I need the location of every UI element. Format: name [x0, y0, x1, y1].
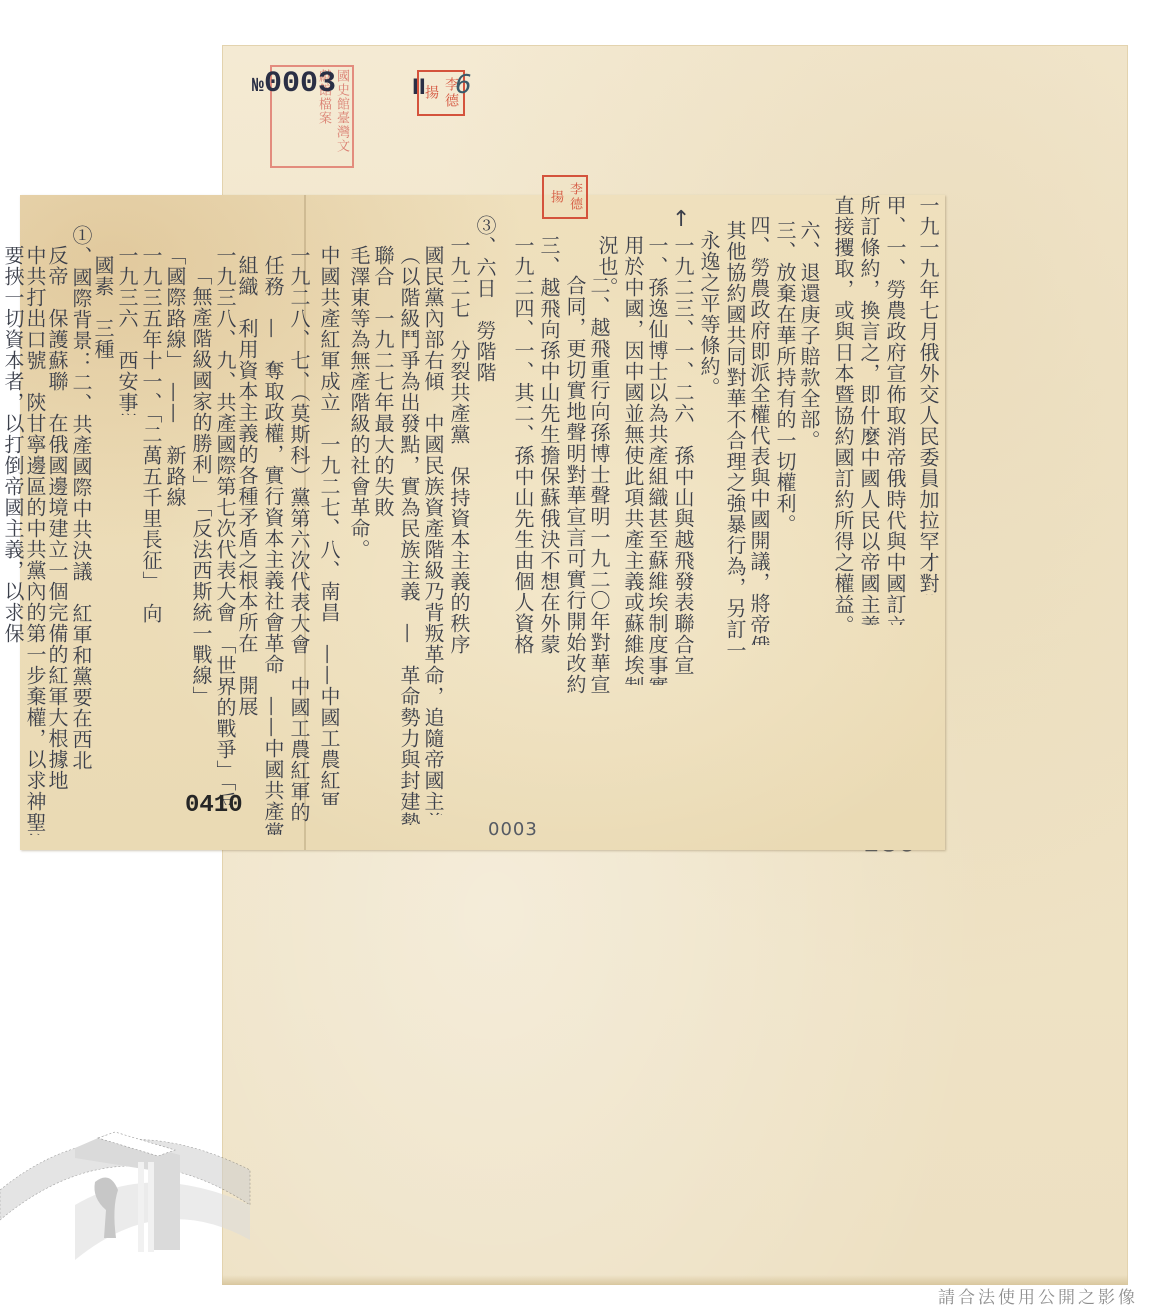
- text-column: 其他協約國共同對華不合理之強暴行為，另訂一勞: [722, 220, 748, 650]
- text-column: 三、越飛向孫中山先生擔保蘇俄決不想在外蒙古實行帝國主義之政策: [536, 235, 562, 655]
- text-column: 毛澤東等為無產階級的社會革命。: [346, 245, 372, 605]
- pencil-number-note: 0003: [488, 819, 538, 840]
- text-column: 要挾一切資本者，以打倒帝國主義，以求保: [0, 245, 26, 835]
- serial-value: 0003: [264, 67, 336, 101]
- text-column: ③、六日 勞階階: [472, 215, 498, 395]
- usage-caption: 請合法使用公開之影像: [938, 1283, 1138, 1308]
- text-column: 二、越飛重行向孫博士聲明一九二〇年對華宣言，並通同抛棄中東路: [586, 275, 612, 695]
- text-column: 一九三五年十一、「二萬五千里長征」 向西北突圍: [138, 245, 164, 625]
- text-column: 任務 — 奪取政權，實行資本主義社會革命 ——中國共產黨的: [260, 255, 286, 835]
- text-column: 甲、一、勞農政府宣佈取消帝俄時代與中國訂立的秘密條約及由日本手段: [882, 195, 908, 625]
- serial-number-note: 0410: [185, 792, 243, 819]
- text-column: ①、國際背景：二、共產國際中共決議 紅軍和黨要在西北: [68, 225, 94, 785]
- text-column: 一九二八、七、（莫斯科）黨第六次代表大會 中國工農紅軍的: [286, 245, 312, 825]
- text-column: 一、孫逸仙博士以為共產組織甚至蘇維埃制度事實上均不能引: [644, 235, 670, 685]
- text-column: 三、放棄在華所持有的一切權利。: [772, 220, 798, 640]
- pencil-mark-six: 6: [455, 70, 472, 100]
- serial-number-top: №0003: [252, 67, 336, 101]
- text-column: 六、退還庚子賠款全部。: [796, 220, 822, 480]
- name-seal-note: 李德揚: [542, 175, 588, 219]
- text-column: 「國際路線」 —— 新路線: [162, 245, 188, 625]
- text-column: 合同，更切實地聲明對華宣言可實行開始改約談判。: [562, 275, 588, 695]
- text-column: 所訂條約，換言之，即什麼中國人民以帝國主義者所用欺詐手段: [856, 195, 882, 625]
- text-column: 用於中國，因中國並無使此項共產主義或蘇維埃制度可以成功之情: [620, 235, 646, 685]
- archive-logo-icon: [0, 1110, 260, 1260]
- text-column: 一九三八、九、共產國際第七次代表大會 「世界的戰爭」「反帝的: [212, 245, 238, 805]
- text-column: 一九二七 分裂共產黨 保持資本主義的秩序: [446, 235, 472, 815]
- serial-prefix: №: [252, 75, 264, 98]
- archive-books-keyhole-icon: [0, 1110, 260, 1260]
- text-column: 國民黨內部右傾 中國民族資產階級乃背叛革命，追隨帝國主義: [420, 245, 446, 815]
- text-column: 中國共產紅軍成立 一九二七、八、南昌 ——中國工農紅軍: [316, 245, 342, 805]
- text-column: 「無產階級國家的勝利」 「反法西斯統一戰線」: [188, 265, 214, 705]
- text-column: 聯合 一九二七年最大的失敗: [370, 245, 396, 605]
- insertion-arrow-icon: ↑: [672, 207, 690, 232]
- text-column: 一九二三、一、二六 孫中山與越飛發表聯合宣言內容大要: [670, 235, 696, 675]
- text-column: 直接攫取，或與日本暨協約國訂約所得之權益。: [830, 195, 856, 625]
- text-column: 一九一九年七月俄外交人民委員加拉罕才對華宣言: [915, 195, 941, 595]
- text-column: （以階級鬥爭為出發點，實為民族主義 — 革命勢力與封建勢力: [396, 245, 422, 825]
- text-column: 一九二四、一、其二、孫中山先生由個人資格容納共黨人加入國民黨。: [510, 235, 536, 655]
- text-column: 永逸之平等條約。: [696, 230, 722, 430]
- text-column: 一九三六 西安事變: [114, 245, 140, 415]
- handwritten-note: 李德揚 ↑ 一九一九年七月俄外交人民委員加拉罕才對華宣言 甲、一、勞農政府宣佈取…: [20, 195, 945, 850]
- text-column: 四、勞農政府即派全權代表與中國開議，將帝俄與日本及: [746, 215, 772, 645]
